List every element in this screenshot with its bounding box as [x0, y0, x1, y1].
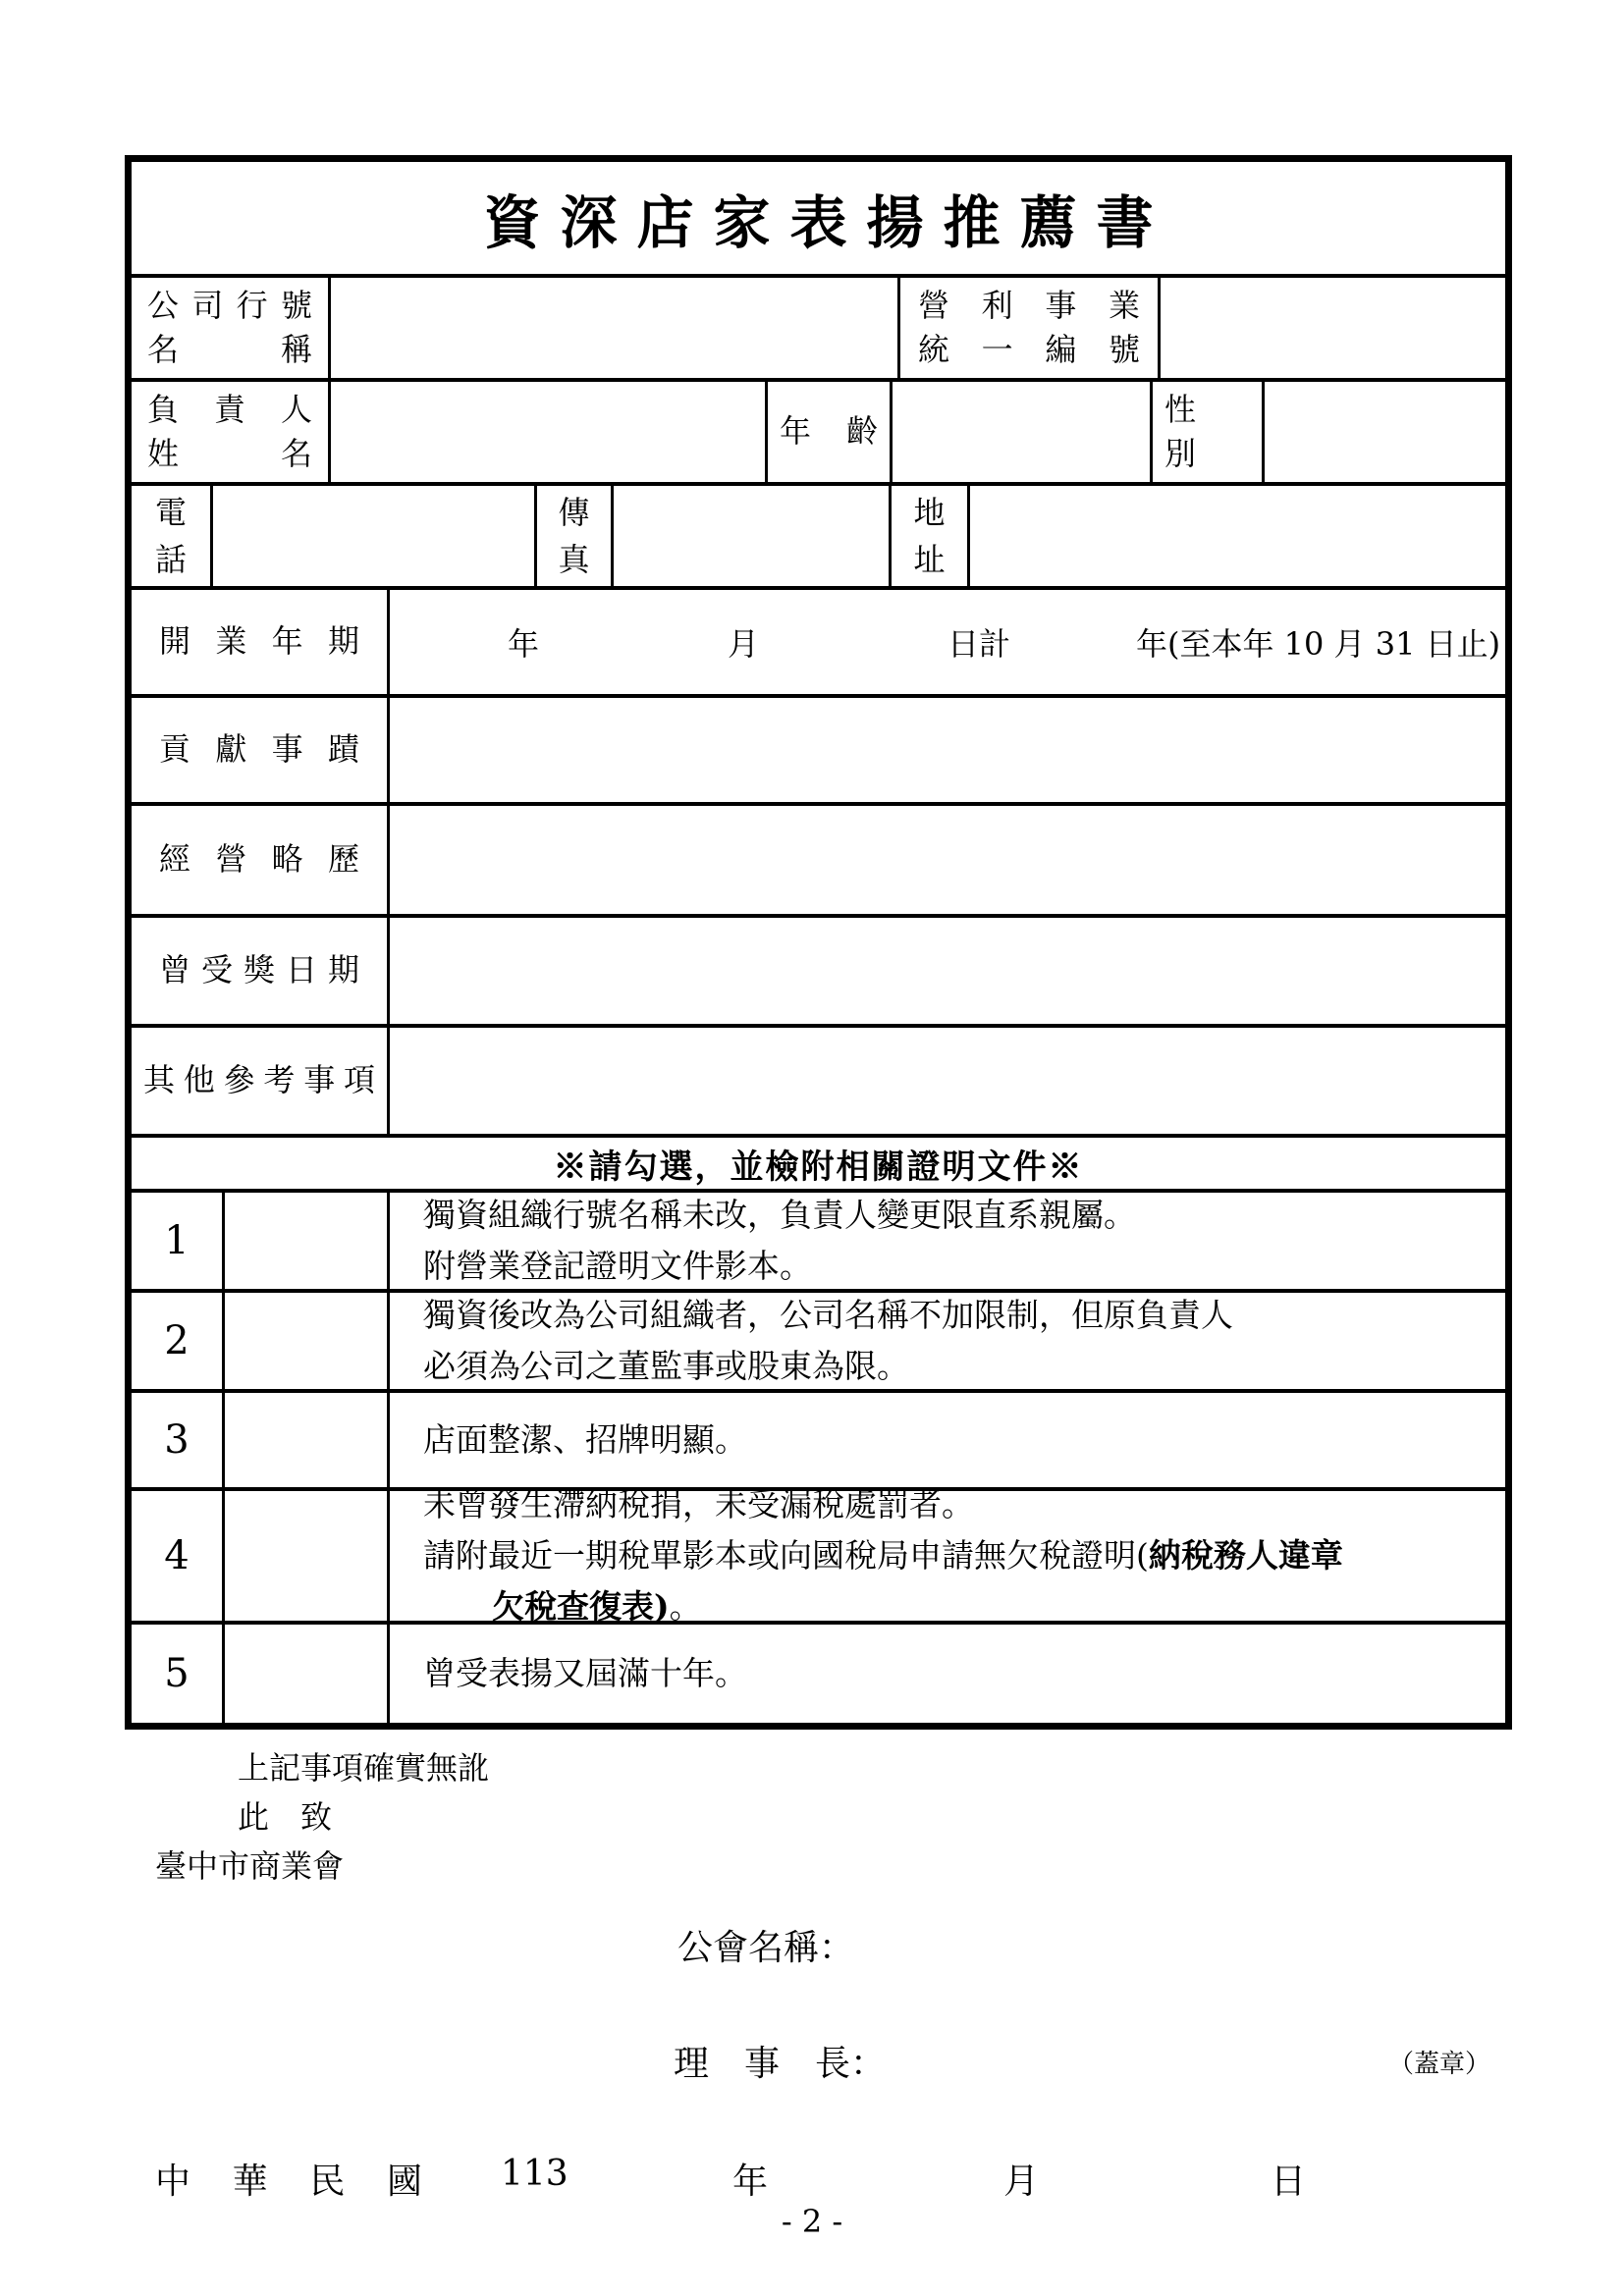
date-month-unit: 月 [1003, 2154, 1039, 2204]
checklist-item-1: 1 獨資組織行號名稱未改，負責人變更限直系親屬。 附營業登記證明文件影本。 [132, 1189, 1505, 1289]
date-prefix: 中 華 民 國 [155, 2154, 422, 2204]
other-notes-label: 其他參考事項 [132, 1028, 387, 1134]
checklist-item-2: 2 獨資後改為公司組織者，公司名稱不加限制，但原負責人 必須為公司之董監事或股東… [132, 1289, 1505, 1389]
contact-row: 電 話 傳 真 地 址 [132, 482, 1505, 586]
award-date-label: 曾 受 獎 日 期 [132, 918, 387, 1024]
owner-name-field [328, 382, 765, 482]
item-4-text: 未曾發生滯納稅捐，未受漏稅處罰者。 請附最近一期稅單影本或向國稅局申請無欠稅證明… [387, 1491, 1505, 1621]
company-name-field [328, 278, 897, 378]
owner-row: 負 責 人 姓 名 年 齡 性 別 [132, 378, 1505, 482]
history-field [387, 806, 1505, 914]
date-line: 中 華 民 國 113 年 月 日 [155, 2154, 1432, 2197]
address-field [967, 486, 1505, 586]
age-field [890, 382, 1150, 482]
item-5-checkbox-cell [222, 1625, 387, 1723]
item-1-number: 1 [132, 1193, 222, 1289]
item-1-checkbox-cell [222, 1193, 387, 1289]
item-2-number: 2 [132, 1293, 222, 1389]
checklist-item-5: 5 曾受表揚又屆滿十年。 [132, 1621, 1505, 1723]
opening-date-label: 開 業 年 期 [132, 590, 387, 694]
form-page: 資深店家表揚推薦書 公 司 行 號 名 稱 營 利 事 業 統 一 編 號 負 … [0, 0, 1624, 2296]
item-1-text: 獨資組織行號名稱未改，負責人變更限直系親屬。 附營業登記證明文件影本。 [387, 1193, 1505, 1289]
title-row: 資深店家表揚推薦書 [132, 162, 1505, 274]
age-label: 年 齡 [765, 382, 890, 482]
page-number: - 2 - [782, 2203, 842, 2240]
item-4-number: 4 [132, 1491, 222, 1621]
owner-name-label: 負 責 人 姓 名 [132, 382, 328, 482]
tax-id-label: 營 利 事 業 統 一 編 號 [897, 278, 1158, 378]
other-notes-row: 其他參考事項 [132, 1024, 1505, 1134]
chairman-label: 理 事 長： [674, 2036, 886, 2086]
item-3-text: 店面整潔、招牌明顯。 [387, 1393, 1505, 1487]
other-notes-field [387, 1028, 1505, 1134]
item-3-checkbox-cell [222, 1393, 387, 1487]
checklist-header: ※請勾選，並檢附相關證明文件※ [132, 1140, 1505, 1188]
item-5-number: 5 [132, 1625, 222, 1723]
checklist-item-4: 4 未曾發生滯納稅捐，未受漏稅處罰者。 請附最近一期稅單影本或向國稅局申請無欠稅… [132, 1487, 1505, 1621]
recommendation-form-table: 資深店家表揚推薦書 公 司 行 號 名 稱 營 利 事 業 統 一 編 號 負 … [125, 155, 1512, 1730]
history-label: 經 營 略 歷 [132, 806, 387, 914]
date-day-unit: 日 [1271, 2154, 1306, 2204]
recipient-org: 臺中市商業會 [155, 1842, 344, 1887]
contribution-field [387, 698, 1505, 802]
association-name-label: 公會名稱： [677, 1920, 854, 1970]
phone-field [210, 486, 534, 586]
salute-text: 此 致 [238, 1792, 332, 1838]
contribution-row: 貢 獻 事 蹟 [132, 694, 1505, 802]
date-year-value: 113 [501, 2154, 568, 2194]
opening-date-row: 開 業 年 期 年 月 日計 年(至本年 10 月 31 日止) [132, 586, 1505, 694]
date-year-unit: 年 [732, 2154, 768, 2204]
item-2-text: 獨資後改為公司組織者，公司名稱不加限制，但原負責人 必須為公司之董監事或股東為限… [387, 1293, 1505, 1389]
fax-field [611, 486, 889, 586]
tax-id-field [1158, 278, 1505, 378]
item-2-checkbox-cell [222, 1293, 387, 1389]
checklist-item-3: 3 店面整潔、招牌明顯。 [132, 1389, 1505, 1487]
checklist-header-row: ※請勾選，並檢附相關證明文件※ [132, 1134, 1505, 1189]
item-5-text: 曾受表揚又屆滿十年。 [387, 1625, 1505, 1723]
award-date-field [387, 918, 1505, 1024]
contribution-label: 貢 獻 事 蹟 [132, 698, 387, 802]
item-4-checkbox-cell [222, 1491, 387, 1621]
page-title: 資深店家表揚推薦書 [463, 177, 1172, 259]
company-name-label: 公 司 行 號 名 稱 [132, 278, 328, 378]
company-row: 公 司 行 號 名 稱 營 利 事 業 統 一 編 號 [132, 274, 1505, 378]
phone-label: 電 話 [132, 486, 210, 586]
address-label: 地 址 [889, 486, 967, 586]
gender-field [1262, 382, 1505, 482]
fax-label: 傳 真 [534, 486, 611, 586]
confirmation-statement: 上記事項確實無訛 [238, 1743, 489, 1789]
seal-note: （蓋章） [1388, 2044, 1490, 2080]
gender-label: 性 別 [1150, 382, 1262, 482]
opening-date-field: 年 月 日計 年(至本年 10 月 31 日止) [387, 590, 1505, 694]
award-date-row: 曾 受 獎 日 期 [132, 914, 1505, 1024]
item-3-number: 3 [132, 1393, 222, 1487]
history-row: 經 營 略 歷 [132, 802, 1505, 914]
